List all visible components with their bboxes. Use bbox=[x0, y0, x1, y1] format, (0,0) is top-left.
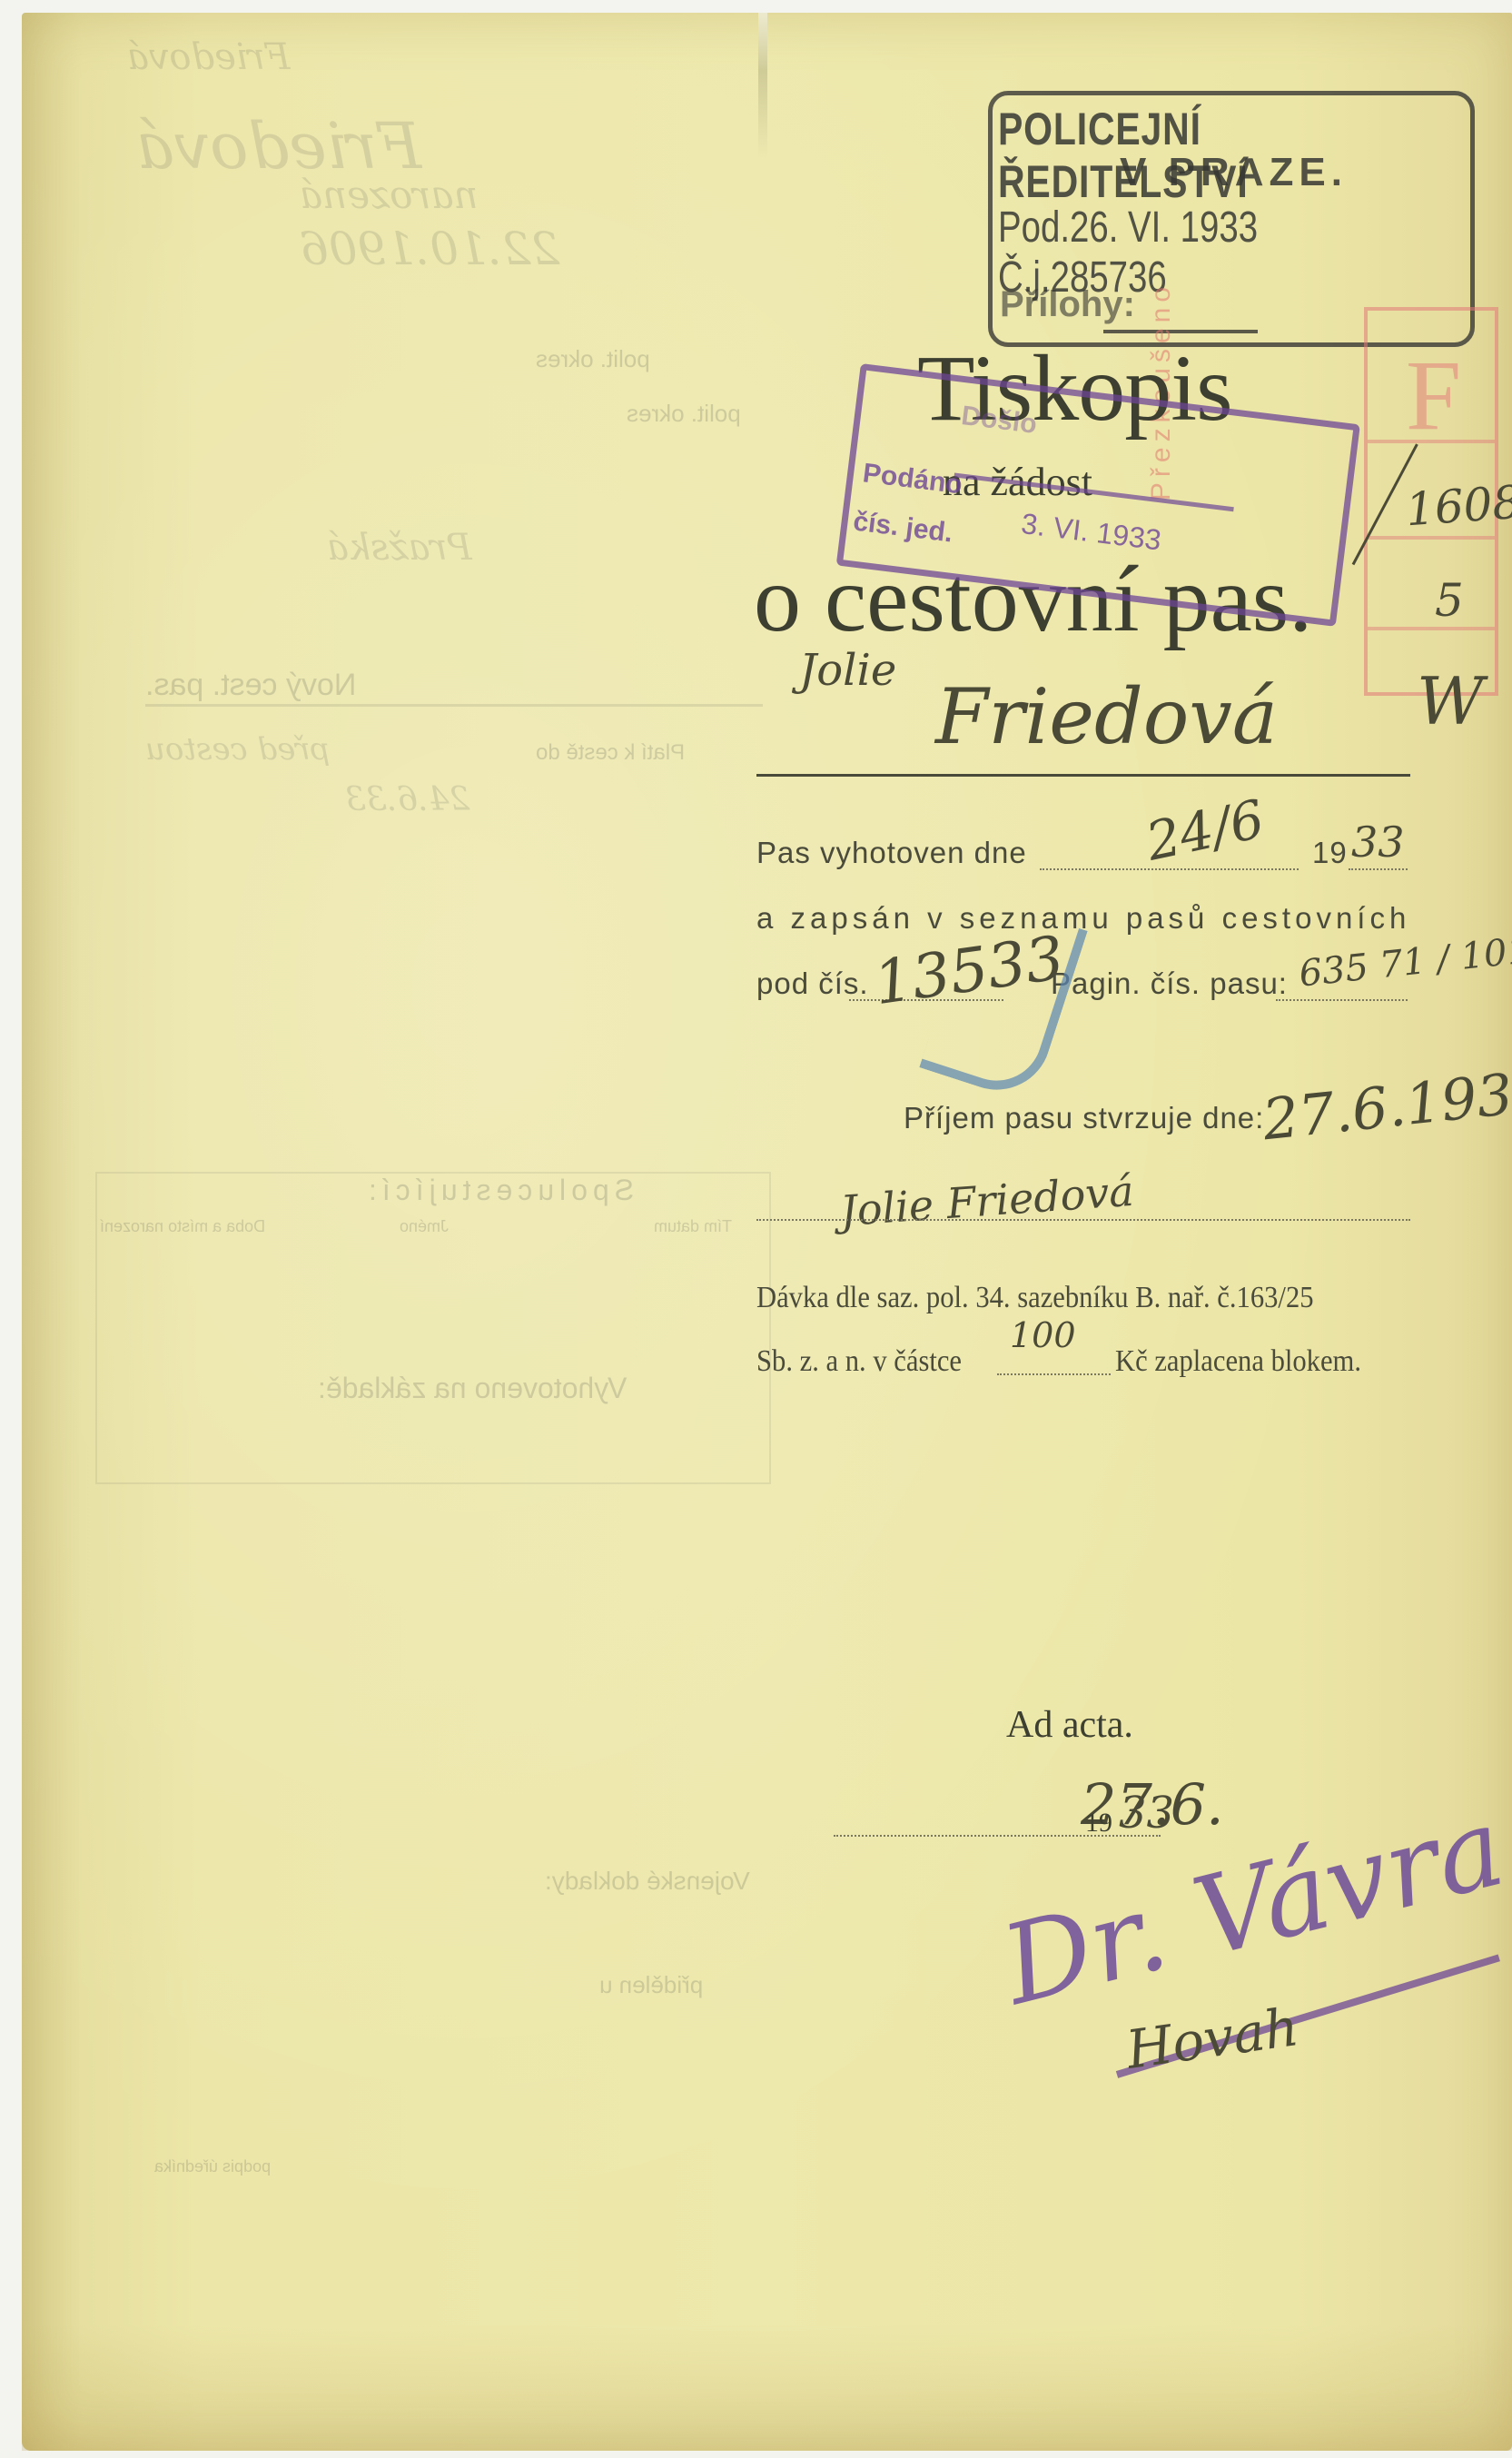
margin-number-1608: 1608 bbox=[1404, 476, 1512, 537]
ad-acta-label: Ad acta. bbox=[1006, 1703, 1133, 1747]
fee-line-2-suffix: Kč zaplacena blokem. bbox=[1115, 1344, 1361, 1379]
bleed-rule bbox=[145, 704, 763, 707]
bleed-label: Platí k cestě do bbox=[536, 740, 685, 766]
purple-stamp-row1: Došlo bbox=[960, 401, 1039, 441]
fee-amount-value: 100 bbox=[1010, 1315, 1076, 1355]
bleed-label: Doba a místo narození bbox=[100, 1217, 265, 1236]
fee-line-1: Dávka dle saz. pol. 34. sazebníku B. nař… bbox=[756, 1281, 1314, 1315]
paper-tear bbox=[758, 13, 767, 158]
applicant-first-name: Jolie bbox=[799, 645, 896, 696]
issued-label: Pas vyhotoven dne bbox=[756, 836, 1027, 870]
stamp-attachments-line bbox=[1103, 330, 1258, 333]
f-stamp-divider bbox=[1368, 536, 1495, 540]
fee-amount-dots bbox=[997, 1373, 1111, 1375]
bleed-handwriting: narozená bbox=[300, 173, 479, 217]
margin-number-5: 5 bbox=[1435, 574, 1464, 627]
applicant-suffix: W bbox=[1417, 663, 1484, 739]
applicant-surname: Friedová bbox=[935, 672, 1278, 761]
bleed-label: Nový cest. pas. bbox=[145, 668, 356, 703]
bleed-handwriting: Pražská bbox=[327, 527, 472, 569]
issued-year-value: 33 bbox=[1351, 818, 1405, 867]
bleed-label: Tím datum bbox=[654, 1217, 732, 1236]
bleed-label: Jméno bbox=[400, 1217, 449, 1236]
bleed-label: polit. okres bbox=[536, 345, 650, 373]
purple-stamp-date: 3. VI. 1933 bbox=[1020, 507, 1163, 558]
issued-year-dots bbox=[1349, 868, 1408, 870]
stamp-attachments-label: Přílohy: bbox=[1000, 284, 1135, 325]
bleed-handwriting: před cestou bbox=[145, 731, 330, 768]
ad-acta-year-prefix: 19 bbox=[1085, 1808, 1112, 1839]
issued-year-prefix: 19 bbox=[1312, 836, 1348, 870]
bleed-label: Spolucestující: bbox=[363, 1174, 634, 1207]
fee-line-2-prefix: Sb. z. a n. v částce bbox=[756, 1344, 962, 1379]
f-letter: F bbox=[1406, 338, 1461, 453]
name-underline bbox=[756, 774, 1410, 777]
number-label: pod čís. bbox=[756, 966, 869, 1001]
bleed-label: Vyhotoveno na základě: bbox=[318, 1372, 627, 1405]
pagin-label: Pagin. čís. pasu: bbox=[1051, 966, 1288, 1001]
bleed-handwriting: Friedová bbox=[127, 36, 290, 78]
ad-acta-year-value: 33 bbox=[1119, 1788, 1174, 1839]
bleed-label: polit. okres bbox=[627, 400, 741, 428]
bleed-handwriting: 24.6.33 bbox=[345, 781, 469, 818]
receipt-label: Příjem pasu stvrzuje dne: bbox=[904, 1101, 1264, 1135]
bleed-label: Vojenské doklady: bbox=[545, 1867, 750, 1896]
purple-stamp-row2: Podáno bbox=[861, 458, 964, 501]
stamp-line-2: V PRAZE. bbox=[1120, 150, 1348, 195]
purple-stamp-line bbox=[954, 472, 1233, 511]
receipt-signature-dots bbox=[756, 1219, 1410, 1221]
f-stamp-divider bbox=[1368, 440, 1495, 443]
f-stamp-divider bbox=[1368, 627, 1495, 630]
bleed-handwriting: 22.10.1906 bbox=[300, 223, 559, 275]
pagin-dots bbox=[1276, 999, 1408, 1001]
purple-stamp-row3: čís. jed. bbox=[852, 506, 954, 549]
bleed-label: podpis úředníka bbox=[154, 2157, 271, 2176]
bleed-label: přidělen u bbox=[599, 1971, 703, 1999]
